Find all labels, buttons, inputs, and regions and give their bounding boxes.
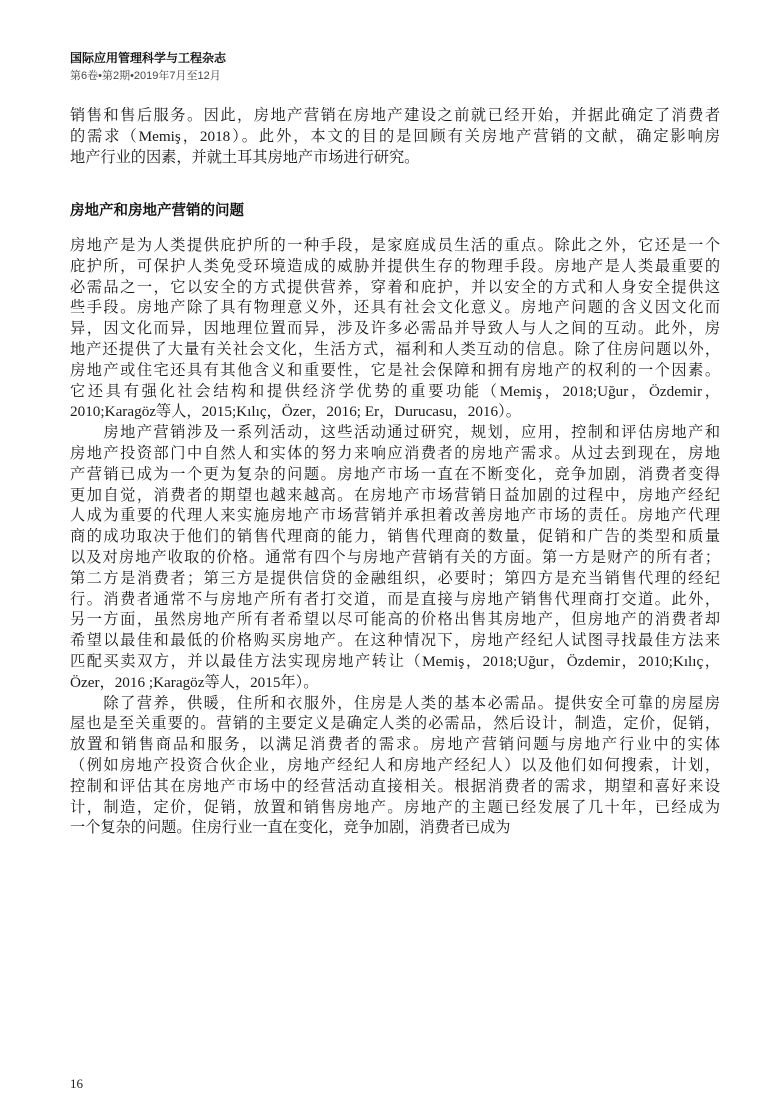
text-line: 计，制造，定价，促销，放置和销售房地产。房地产的主题已经发展了几十年，已经成为 [70, 798, 720, 819]
text-line: 一个复杂的问题。住房行业一直在变化，竞争加剧，消费者已成为 [70, 818, 720, 839]
text-line: 房地产营销涉及一系列活动，这些活动通过研究，规划，应用，控制和评估房地产和 [70, 423, 720, 444]
text-line: 销售和售后服务。因此，房地产营销在房地产建设之前就已经开始，并据此确定了消费者 [70, 106, 720, 127]
text-line: 第二方是消费者；第三方是提供信贷的金融组织，必要时；第四方是充当销售代理的经纪 [70, 569, 720, 590]
text-line: 匹配买卖双方，并以最佳方法实现房地产转让（Memiş，2018;Uğur，Özd… [70, 652, 720, 673]
text-line: 以及对房地产收取的价格。通常有四个与房地产营销有关的方面。第一方是财产的所有者； [70, 548, 720, 569]
text-line: 另一方面，虽然房地产所有者希望以尽可能高的价格出售其房地产，但房地产的消费者却 [70, 610, 720, 631]
text-line: 房地产投资部门中自然人和实体的努力来响应消费者的房地产需求。从过去到现在，房地 [70, 444, 720, 465]
text-line: 它还具有强化社会结构和提供经济学优势的重要功能（Memiş，2018;Uğur，… [70, 382, 720, 403]
text-line: 行。消费者通常不与房地产所有者打交道，而是直接与房地产销售代理商打交道。此外， [70, 590, 720, 611]
journal-issue-info: 第6卷•第2期•2019年7月至12月 [70, 68, 226, 84]
text-line: 房地产或住宅还具有其他含义和重要性，它是社会保障和拥有房地产的权利的一个因素。 [70, 361, 720, 382]
paragraph-2: 房地产营销涉及一系列活动，这些活动通过研究，规划，应用，控制和评估房地产和 房地… [70, 423, 720, 693]
text-line: 庇护所，可保护人类免受环境造成的威胁并提供生存的物理手段。房地产是人类最重要的 [70, 257, 720, 278]
intro-paragraph: 销售和售后服务。因此，房地产营销在房地产建设之前就已经开始，并据此确定了消费者 … [70, 106, 720, 168]
text-line: 除了营养，供暖，住所和衣服外，住房是人类的基本必需品。提供安全可靠的房屋房 [70, 694, 720, 715]
journal-title: 国际应用管理科学与工程杂志 [70, 50, 226, 66]
text-line: （例如房地产投资合伙企业，房地产经纪人和房地产经纪人）以及他们如何搜索，计划， [70, 756, 720, 777]
paragraph-3: 除了营养，供暖，住所和衣服外，住房是人类的基本必需品。提供安全可靠的房屋房 屋也… [70, 694, 720, 840]
section-heading: 房地产和房地产营销的问题 [70, 201, 244, 221]
text-line: 产营销已成为一个更为复杂的问题。房地产市场一直在不断变化，竞争加剧，消费者变得 [70, 465, 720, 486]
text-line: 2010;Karagöz等人，2015;Kılıç，Özer，2016; Er，… [70, 402, 720, 423]
section-body: 房地产是为人类提供庇护所的一种手段，是家庭成员生活的重点。除此之外，它还是一个 … [70, 236, 720, 839]
text-line: 的需求（Memiş，2018）。此外，本文的目的是回顾有关房地产营销的文献，确定… [70, 127, 720, 148]
paragraph-1: 房地产是为人类提供庇护所的一种手段，是家庭成员生活的重点。除此之外，它还是一个 … [70, 236, 720, 423]
text-line: 控制和评估其在房地产市场中的经营活动直接相关。根据消费者的需求，期望和喜好来设 [70, 777, 720, 798]
text-line: Özer，2016 ;Karagöz等人，2015年）。 [70, 673, 720, 694]
text-line: 人成为重要的代理人来实施房地产市场营销并承担着改善房地产市场的责任。房地产代理 [70, 506, 720, 527]
text-line: 地产还提供了大量有关社会文化，生活方式，福利和人类互动的信息。除了住房问题以外， [70, 340, 720, 361]
text-line: 希望以最佳和最低的价格购买房地产。在这种情况下，房地产经纪人试图寻找最佳方法来 [70, 631, 720, 652]
text-line: 地产行业的因素，并就土耳其房地产市场进行研究。 [70, 148, 720, 169]
text-line: 放置和销售商品和服务，以满足消费者的需求。房地产营销问题与房地产行业中的实体 [70, 735, 720, 756]
text-line: 些手段。房地产除了具有物理意义外，还具有社会文化意义。房地产问题的含义因文化而 [70, 298, 720, 319]
page-number: 16 [70, 1076, 83, 1092]
text-line: 异，因文化而异，因地理位置而异，涉及许多必需品并导致人与人之间的互动。此外，房 [70, 319, 720, 340]
text-line: 必需品之一，它以安全的方式提供营养，穿着和庇护，并以安全的方式和人身安全提供这 [70, 278, 720, 299]
text-line: 商的成功取决于他们的销售代理商的能力，销售代理商的数量，促销和广告的类型和质量 [70, 527, 720, 548]
text-line: 房地产是为人类提供庇护所的一种手段，是家庭成员生活的重点。除此之外，它还是一个 [70, 236, 720, 257]
text-line: 屋也是至关重要的。营销的主要定义是确定人类的必需品，然后设计，制造，定价，促销， [70, 714, 720, 735]
running-header: 国际应用管理科学与工程杂志 第6卷•第2期•2019年7月至12月 [70, 50, 226, 84]
text-line: 更加自觉，消费者的期望也越来越高。在房地产市场营销日益加剧的过程中，房地产经纪 [70, 486, 720, 507]
